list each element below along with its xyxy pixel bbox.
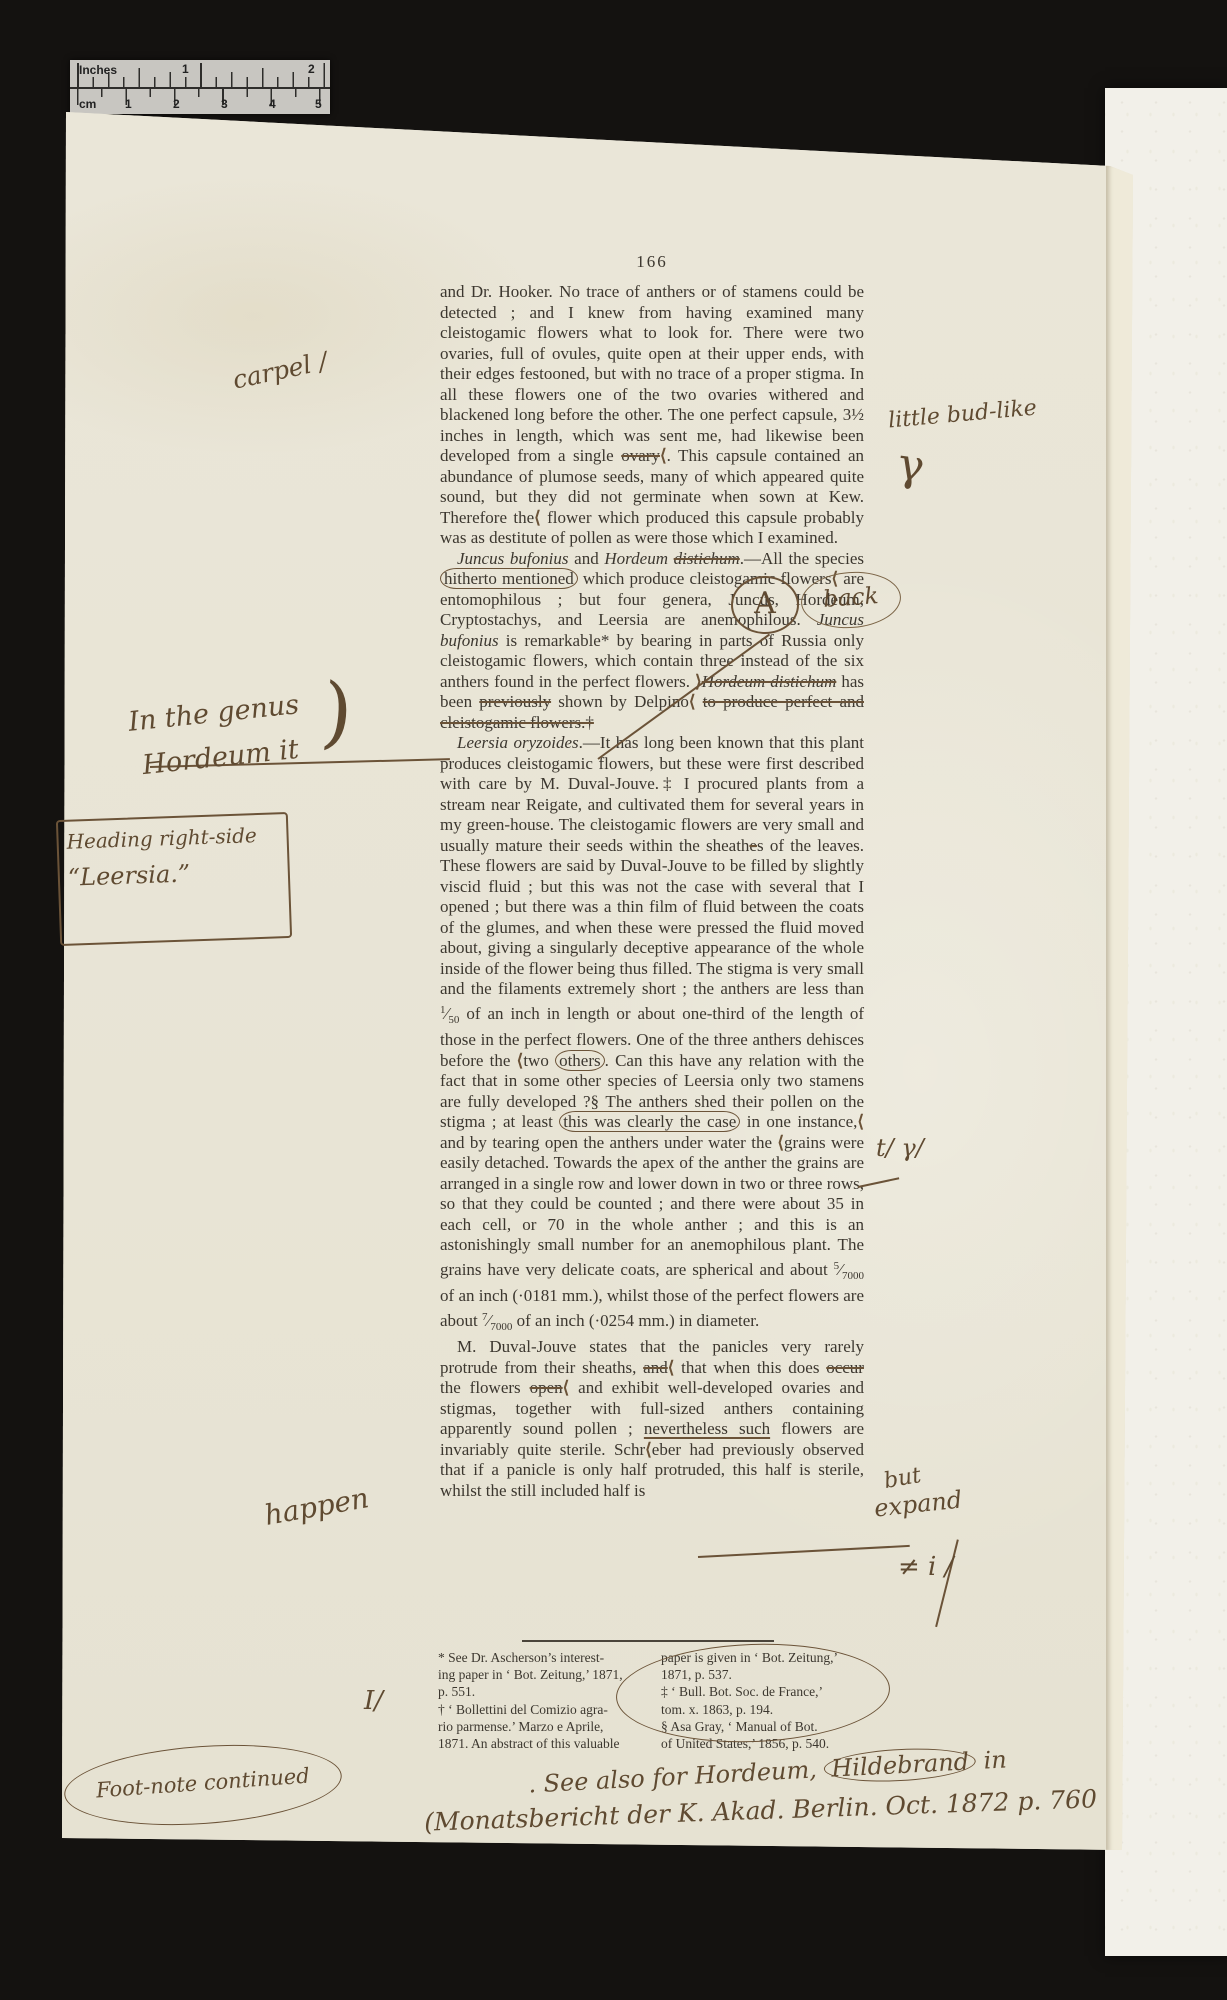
footnote-separator bbox=[522, 1640, 774, 1642]
ruler-cm-number: 1 bbox=[125, 97, 132, 111]
ruler-cm-number: 2 bbox=[173, 97, 180, 111]
footnote-line: 1871. An abstract of this valuable bbox=[438, 1735, 651, 1752]
annotation-fi-mark: ≠ i / bbox=[898, 1552, 953, 1582]
text-segment: s of the leaves. These flowers are said … bbox=[440, 836, 864, 999]
footnote-line: ing paper in ‘ Bot. Zeitung,’ 1871, bbox=[438, 1666, 651, 1683]
footnote-line: rio parmense.’ Marzo e Aprile, bbox=[438, 1718, 651, 1735]
text-segment: ovary bbox=[621, 446, 660, 465]
text-segment: hitherto mentioned bbox=[440, 568, 578, 589]
text-segment: nevertheless such bbox=[644, 1419, 770, 1438]
annotation-i-mark: I/ bbox=[364, 1686, 383, 1716]
text-segment: ⟨ bbox=[645, 1440, 652, 1459]
text-segment: .—All the species bbox=[740, 549, 864, 568]
ruler-cm-number: 5 bbox=[315, 97, 322, 111]
ruler-cm-label: cm bbox=[79, 97, 96, 111]
body-text: and Dr. Hooker. No trace of anthers or o… bbox=[440, 282, 864, 1501]
text-segment: and Dr. Hooker. No trace of anthers or o… bbox=[440, 282, 864, 465]
text-segment: and bbox=[568, 549, 604, 568]
photo-backdrop: { "ruler": { "top_label": "Inches", "bot… bbox=[0, 0, 1227, 2000]
text-segment: ⟨ bbox=[660, 446, 667, 465]
text-segment: in one instance, bbox=[740, 1112, 857, 1131]
text-segment: 50 bbox=[448, 1014, 459, 1026]
text-segment: of an inch (·0254 mm.) in diameter. bbox=[512, 1311, 759, 1330]
text-segment bbox=[695, 692, 702, 711]
text-segment: Leersia oryzoides bbox=[457, 733, 579, 752]
annotation-heading-line1: Heading right-side bbox=[66, 822, 281, 853]
scale-ruler: Inches 1 2 cm 1 2 3 4 5 bbox=[70, 60, 330, 114]
annotation-heading-box: Heading right-side “Leersia.” bbox=[56, 812, 292, 946]
ruler-ticks bbox=[77, 89, 327, 105]
text-segment: and bbox=[643, 1358, 668, 1377]
text-segment: occur bbox=[826, 1358, 864, 1377]
annotation-see-post: in bbox=[975, 1745, 1007, 1775]
text-segment: which produce cleistogamic flowers bbox=[578, 569, 832, 588]
manuscript-page: 166 and Dr. Hooker. No trace of anthers … bbox=[60, 106, 1135, 1856]
text-segment: others bbox=[555, 1050, 605, 1071]
annotation-proof-marks-ty: t/ γ/ bbox=[876, 1134, 924, 1162]
text-segment: that when this does bbox=[674, 1358, 826, 1377]
annotation-circled-a: A bbox=[731, 576, 799, 634]
text-segment: previously bbox=[479, 692, 551, 711]
annotation-heading-line2: “Leersia.” bbox=[67, 856, 282, 891]
ruler-cm-number: 4 bbox=[269, 97, 276, 111]
text-segment: 7000 bbox=[842, 1270, 864, 1282]
text-segment: ⟨ bbox=[534, 508, 541, 527]
text-segment: open bbox=[530, 1378, 563, 1397]
text-segment: and by tearing open the anthers under wa… bbox=[440, 1133, 777, 1152]
text-segment: distichum bbox=[674, 549, 740, 568]
text-segment: two bbox=[523, 1051, 555, 1070]
ruler-ticks bbox=[77, 63, 327, 87]
text-segment: the flowers bbox=[440, 1378, 530, 1397]
text-segment: this was clearly the case bbox=[559, 1111, 740, 1132]
text-segment: 7000 bbox=[490, 1321, 512, 1333]
footnote-line: * See Dr. Ascherson’s interest- bbox=[438, 1649, 651, 1666]
text-segment: grains were easily detached. Towards the… bbox=[440, 1133, 864, 1279]
text-segment: Hordeum bbox=[604, 549, 673, 568]
text-segment: Hordeum distichum bbox=[702, 672, 837, 691]
text-segment: Juncus bufonius bbox=[457, 549, 568, 568]
page-number: 166 bbox=[440, 252, 864, 272]
ruler-cm-number: 3 bbox=[221, 97, 228, 111]
text-segment: e bbox=[749, 836, 757, 855]
text-segment: ⟨ bbox=[857, 1112, 864, 1131]
